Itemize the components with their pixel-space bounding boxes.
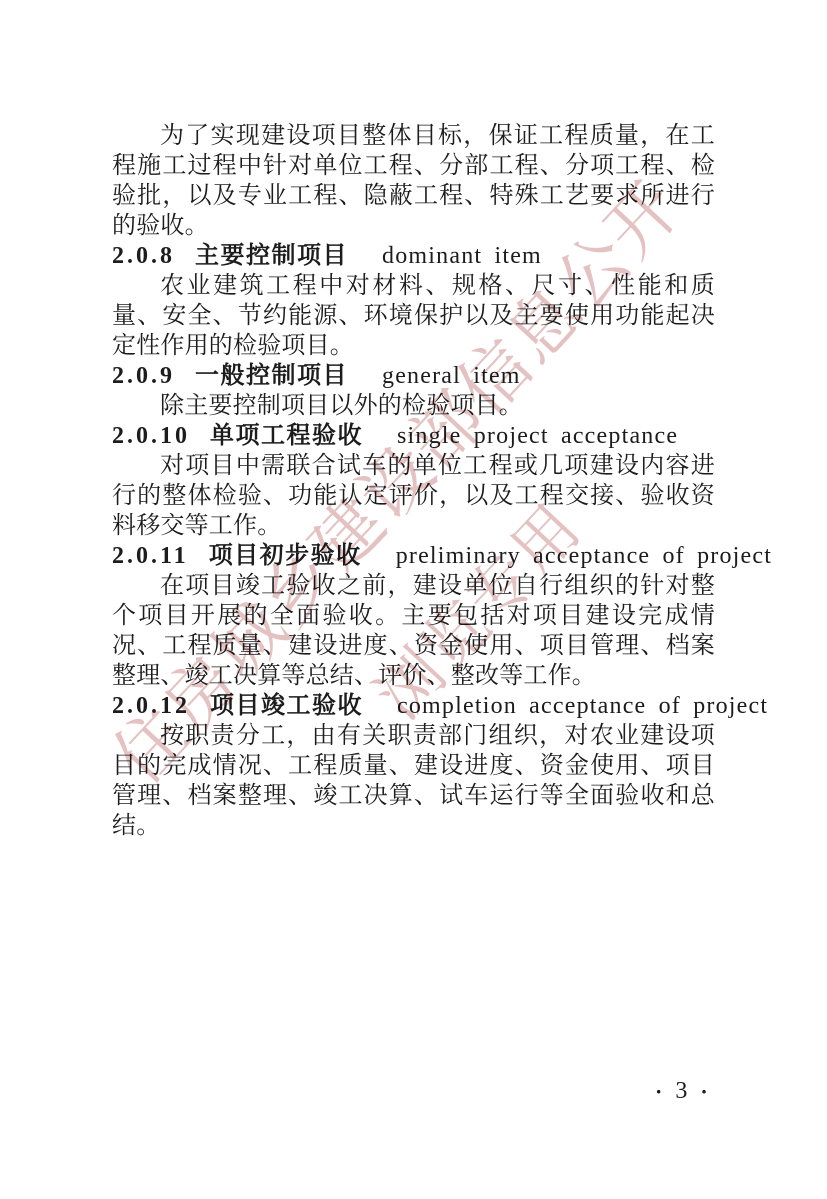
- term-chinese: 主要控制项目: [195, 242, 348, 269]
- page-number-left-dot: ·: [655, 1081, 662, 1103]
- term-chinese: 项目初步验收: [209, 542, 362, 569]
- term-heading-2-0-8: 2.0.8主要控制项目dominant item: [112, 241, 715, 271]
- term-english: completion acceptance of project: [397, 693, 768, 719]
- term-english: general item: [382, 363, 521, 389]
- term-heading-2-0-9: 2.0.9一般控制项目general item: [112, 361, 715, 391]
- term-number: 2.0.11: [112, 543, 189, 569]
- term-heading-2-0-11: 2.0.11项目初步验收preliminary acceptance of pr…: [112, 541, 715, 571]
- page-number-right-dot: ·: [700, 1081, 707, 1103]
- page-number-value: 3: [675, 1078, 687, 1105]
- intro-paragraph: 为了实现建设项目整体目标，保证工程质量，在工程施工过程中针对单位工程、分部工程、…: [112, 121, 715, 241]
- term-number: 2.0.10: [112, 423, 190, 449]
- term-definition-2-0-11: 在项目竣工验收之前，建设单位自行组织的针对整个项目开展的全面验收。主要包括对项目…: [112, 571, 715, 691]
- term-definition-2-0-8: 农业建筑工程中对材料、规格、尺寸、性能和质量、安全、节约能源、环境保护以及主要使…: [112, 271, 715, 361]
- page-number: · 3 ·: [655, 1078, 708, 1105]
- term-heading-2-0-12: 2.0.12项目竣工验收completion acceptance of pro…: [112, 691, 715, 721]
- term-definition-2-0-10: 对项目中需联合试车的单位工程或几项建设内容进行的整体检验、功能认定评价，以及工程…: [112, 451, 715, 541]
- term-number: 2.0.8: [112, 243, 175, 269]
- term-english: dominant item: [382, 243, 542, 269]
- term-number: 2.0.12: [112, 693, 190, 719]
- term-number: 2.0.9: [112, 363, 175, 389]
- term-english: single project acceptance: [397, 423, 678, 449]
- term-chinese: 项目竣工验收: [210, 692, 363, 719]
- document-text-block: 为了实现建设项目整体目标，保证工程质量，在工程施工过程中针对单位工程、分部工程、…: [112, 121, 715, 841]
- term-heading-2-0-10: 2.0.10单项工程验收single project acceptance: [112, 421, 715, 451]
- term-chinese: 单项工程验收: [210, 422, 363, 449]
- term-chinese: 一般控制项目: [195, 362, 348, 389]
- term-definition-2-0-9: 除主要控制项目以外的检验项目。: [112, 391, 715, 421]
- term-definition-2-0-12: 按职责分工，由有关职责部门组织，对农业建设项目的完成情况、工程质量、建设进度、资…: [112, 721, 715, 841]
- term-english: preliminary acceptance of project: [396, 543, 772, 569]
